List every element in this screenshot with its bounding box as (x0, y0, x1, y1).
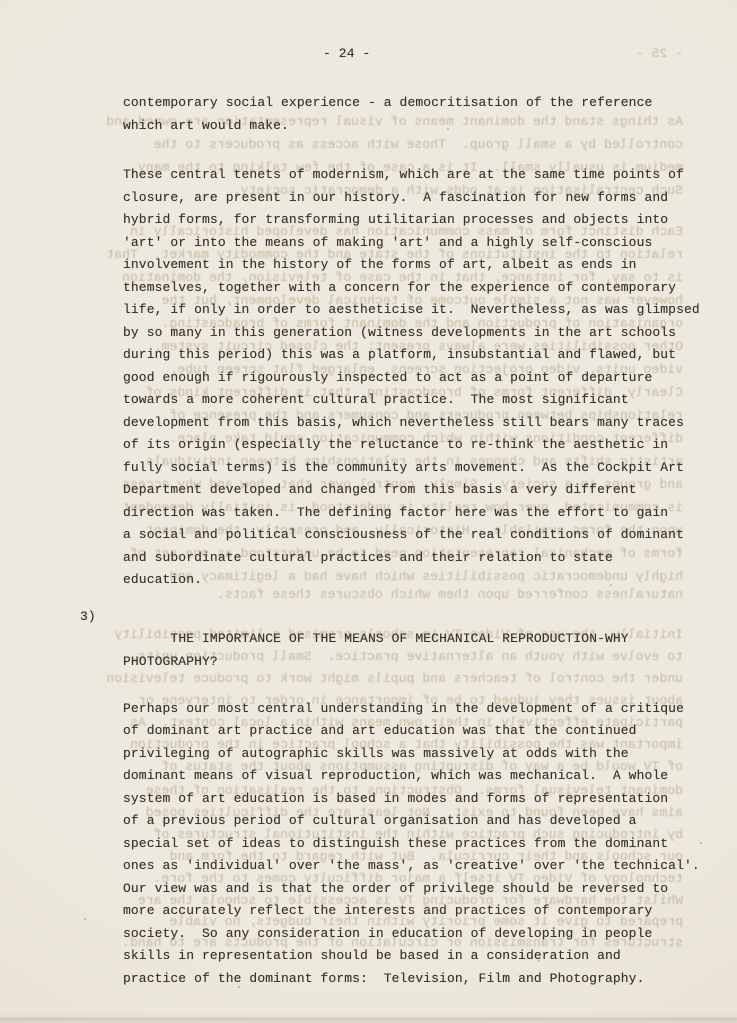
paragraph: These central tenets of modernism, which… (123, 164, 723, 592)
scan-edge-shadow (0, 1013, 737, 1023)
page-number: - 24 - (323, 43, 370, 66)
paper-speck (538, 960, 540, 962)
paragraph: contemporary social experience - a democ… (123, 92, 723, 137)
paper-speck (610, 584, 612, 586)
paper-speck (700, 842, 702, 844)
section-heading: THE IMPORTANCE OF THE MEANS OF MECHANICA… (123, 631, 637, 669)
section-number: 3) (80, 606, 96, 629)
section: 3)THE IMPORTANCE OF THE MEANS OF MECHANI… (123, 606, 723, 696)
ghost-text-line: - 25 - (55, 43, 737, 66)
paper-speck (238, 986, 240, 988)
paper-speck (318, 197, 320, 199)
paper-speck (447, 128, 449, 130)
paper-speck (84, 918, 86, 920)
text-column: contemporary social experience - a democ… (123, 92, 723, 990)
paragraph: Perhaps our most central understanding i… (123, 698, 723, 991)
scanned-page: - 25 -As things stand the dominant means… (0, 0, 737, 1023)
